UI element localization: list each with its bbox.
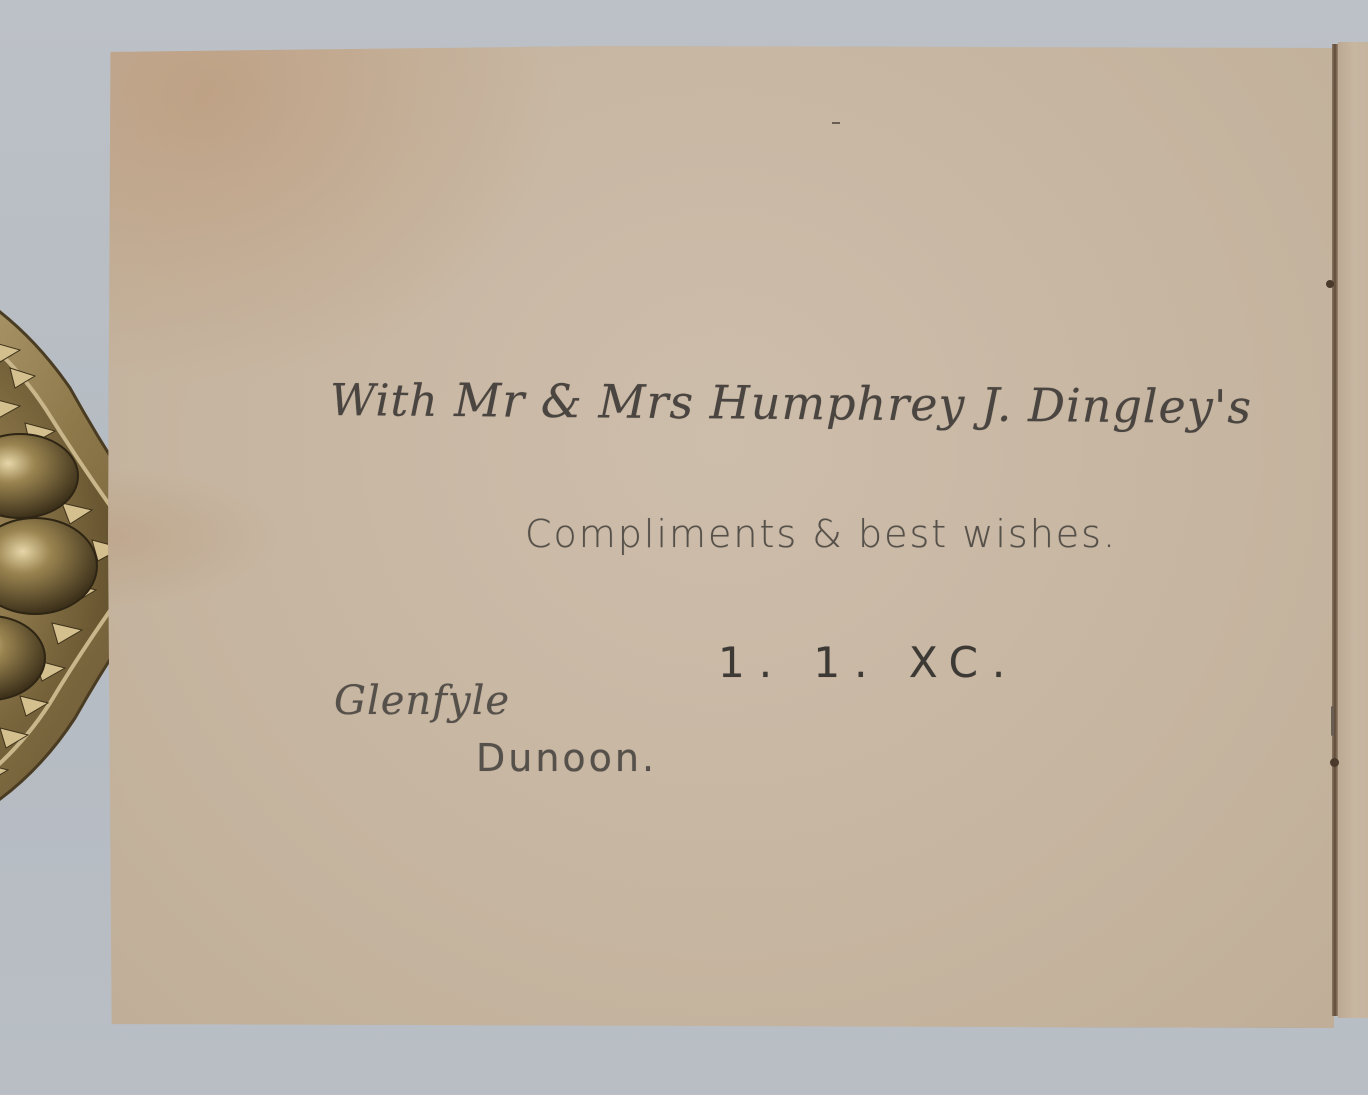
sentiment-line: Compliments & best wishes. xyxy=(525,512,1117,556)
address-town: Dunoon. xyxy=(476,736,657,780)
card-right-page xyxy=(1338,42,1368,1018)
greeting-line: With Mr & Mrs Humphrey J. Dingley's xyxy=(330,372,1252,434)
ink-speck xyxy=(1331,706,1334,736)
spine-tear-mark xyxy=(1330,758,1339,767)
address-house: Glenfyle xyxy=(334,678,510,724)
greeting-mr: Mr xyxy=(454,373,526,428)
greeting-name: Humphrey J. Dingley's xyxy=(710,375,1253,434)
greeting-mrs: Mrs xyxy=(598,374,694,429)
date-line: 1. 1. XC. xyxy=(718,638,1019,687)
greeting-with: With xyxy=(330,375,439,427)
spine-tear-mark xyxy=(1326,280,1334,288)
ink-speck xyxy=(832,122,840,124)
greeting-and: & xyxy=(541,374,583,428)
